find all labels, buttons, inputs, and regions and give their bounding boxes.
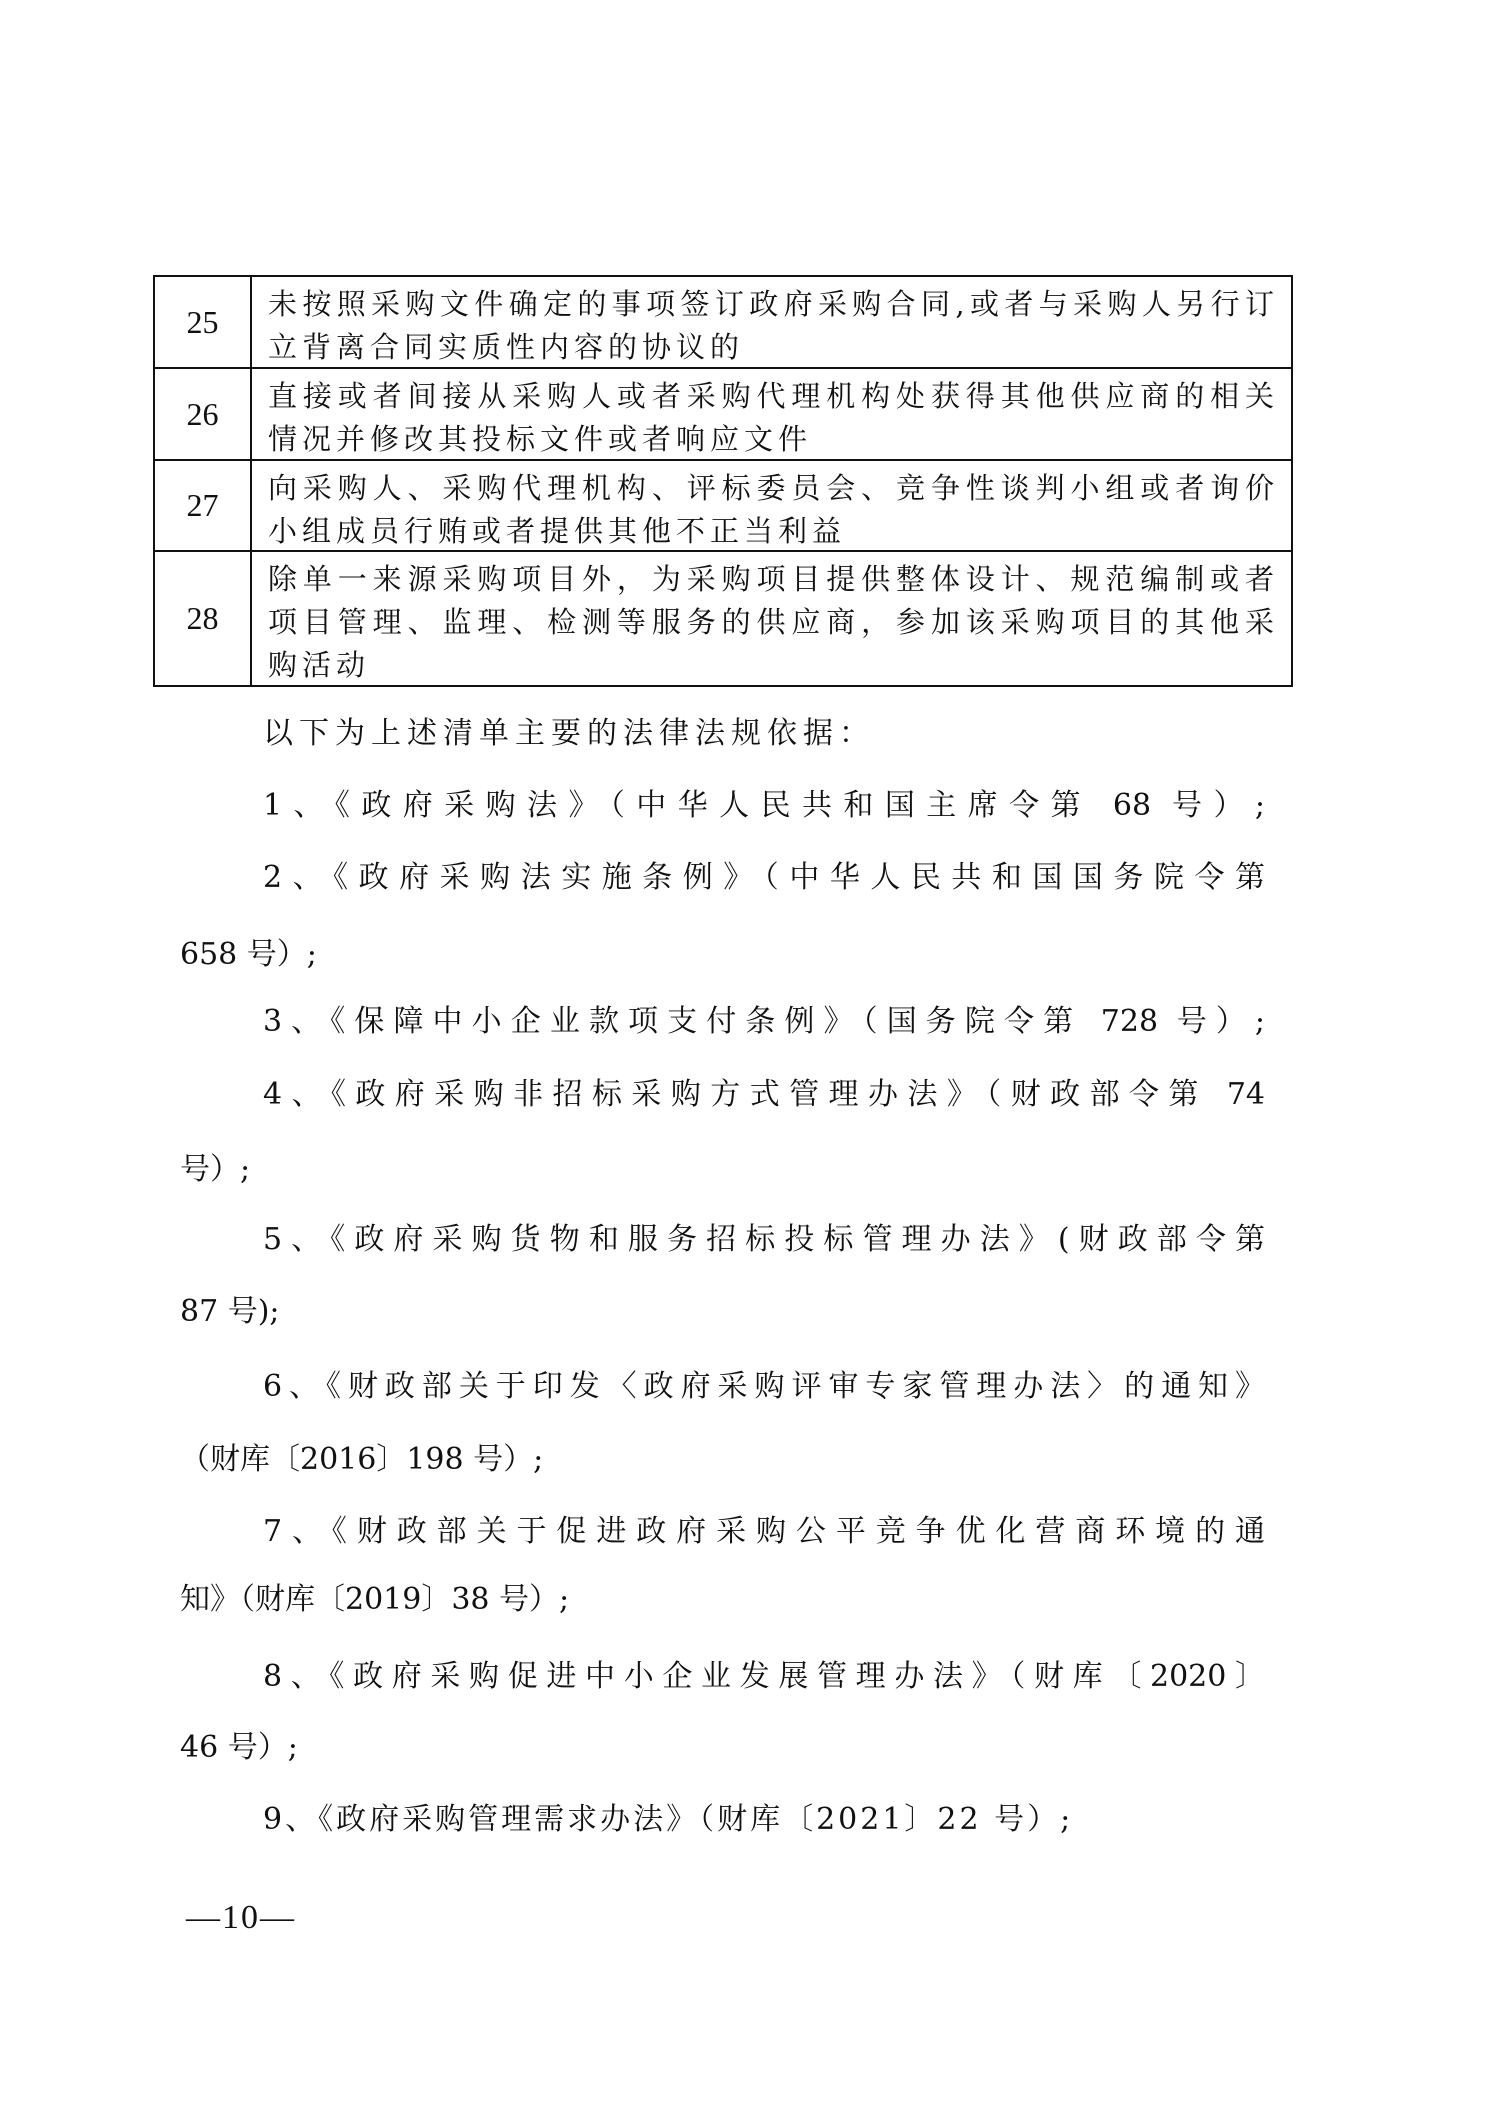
violation-list-table: 25 未按照采购文件确定的事项签订政府采购合同,或者与采购人另行订立背离合同实质… (153, 275, 1293, 687)
row-number: 26 (155, 369, 252, 459)
law-item-5-cont: 87 号); (180, 1290, 280, 1334)
law-item-2-cont: 658 号）; (180, 933, 317, 977)
law-item-1: 1、《政府采购法》（中华人民共和国主席令第 68 号）; (263, 784, 1265, 828)
row-text: 除单一来源采购项目外，为采购项目提供整体设计、规范编制或者项目管理、监理、检测等… (252, 552, 1291, 685)
table-row: 27 向采购人、采购代理机构、评标委员会、竞争性谈判小组或者询价小组成员行贿或者… (155, 459, 1291, 550)
row-text: 直接或者间接从采购人或者采购代理机构处获得其他供应商的相关情况并修改其投标文件或… (252, 369, 1291, 459)
law-item-4-cont: 号）; (180, 1148, 250, 1192)
law-item-2: 2、《政府采购法实施条例》（中华人民共和国国务院令第 (263, 856, 1265, 900)
law-item-6-cont: （财库〔2016〕198 号）; (180, 1438, 543, 1482)
law-item-6: 6、《财政部关于印发〈政府采购评审专家管理办法〉的通知》 (263, 1365, 1265, 1409)
law-item-7-cont: 知》（财库〔2019〕38 号）; (180, 1578, 569, 1622)
law-item-8: 8、《政府采购促进中小企业发展管理办法》（财库〔2020〕 (263, 1655, 1265, 1699)
law-item-8-cont: 46 号）; (180, 1726, 298, 1770)
legal-basis-intro: 以下为上述清单主要的法律法规依据： (263, 712, 875, 756)
row-number: 25 (155, 277, 252, 367)
law-item-9: 9、《政府采购管理需求办法》（财库〔2021〕22 号）; (263, 1798, 1073, 1842)
law-item-3: 3、《保障中小企业款项支付条例》（国务院令第 728 号）; (263, 1000, 1265, 1044)
table-row: 28 除单一来源采购项目外，为采购项目提供整体设计、规范编制或者项目管理、监理、… (155, 550, 1291, 685)
table-row: 26 直接或者间接从采购人或者采购代理机构处获得其他供应商的相关情况并修改其投标… (155, 367, 1291, 459)
law-item-7: 7、《财政部关于促进政府采购公平竞争优化营商环境的通 (263, 1510, 1265, 1554)
row-number: 28 (155, 552, 252, 685)
row-text: 向采购人、采购代理机构、评标委员会、竞争性谈判小组或者询价小组成员行贿或者提供其… (252, 461, 1291, 550)
table-row: 25 未按照采购文件确定的事项签订政府采购合同,或者与采购人另行订立背离合同实质… (155, 277, 1291, 367)
row-number: 27 (155, 461, 252, 550)
law-item-5: 5、《政府采购货物和服务招标投标管理办法》(财政部令第 (263, 1218, 1265, 1262)
law-item-4: 4、《政府采购非招标采购方式管理办法》（财政部令第 74 (263, 1073, 1265, 1117)
row-text: 未按照采购文件确定的事项签订政府采购合同,或者与采购人另行订立背离合同实质性内容… (252, 277, 1291, 367)
page-number: —10— (186, 1898, 296, 1938)
